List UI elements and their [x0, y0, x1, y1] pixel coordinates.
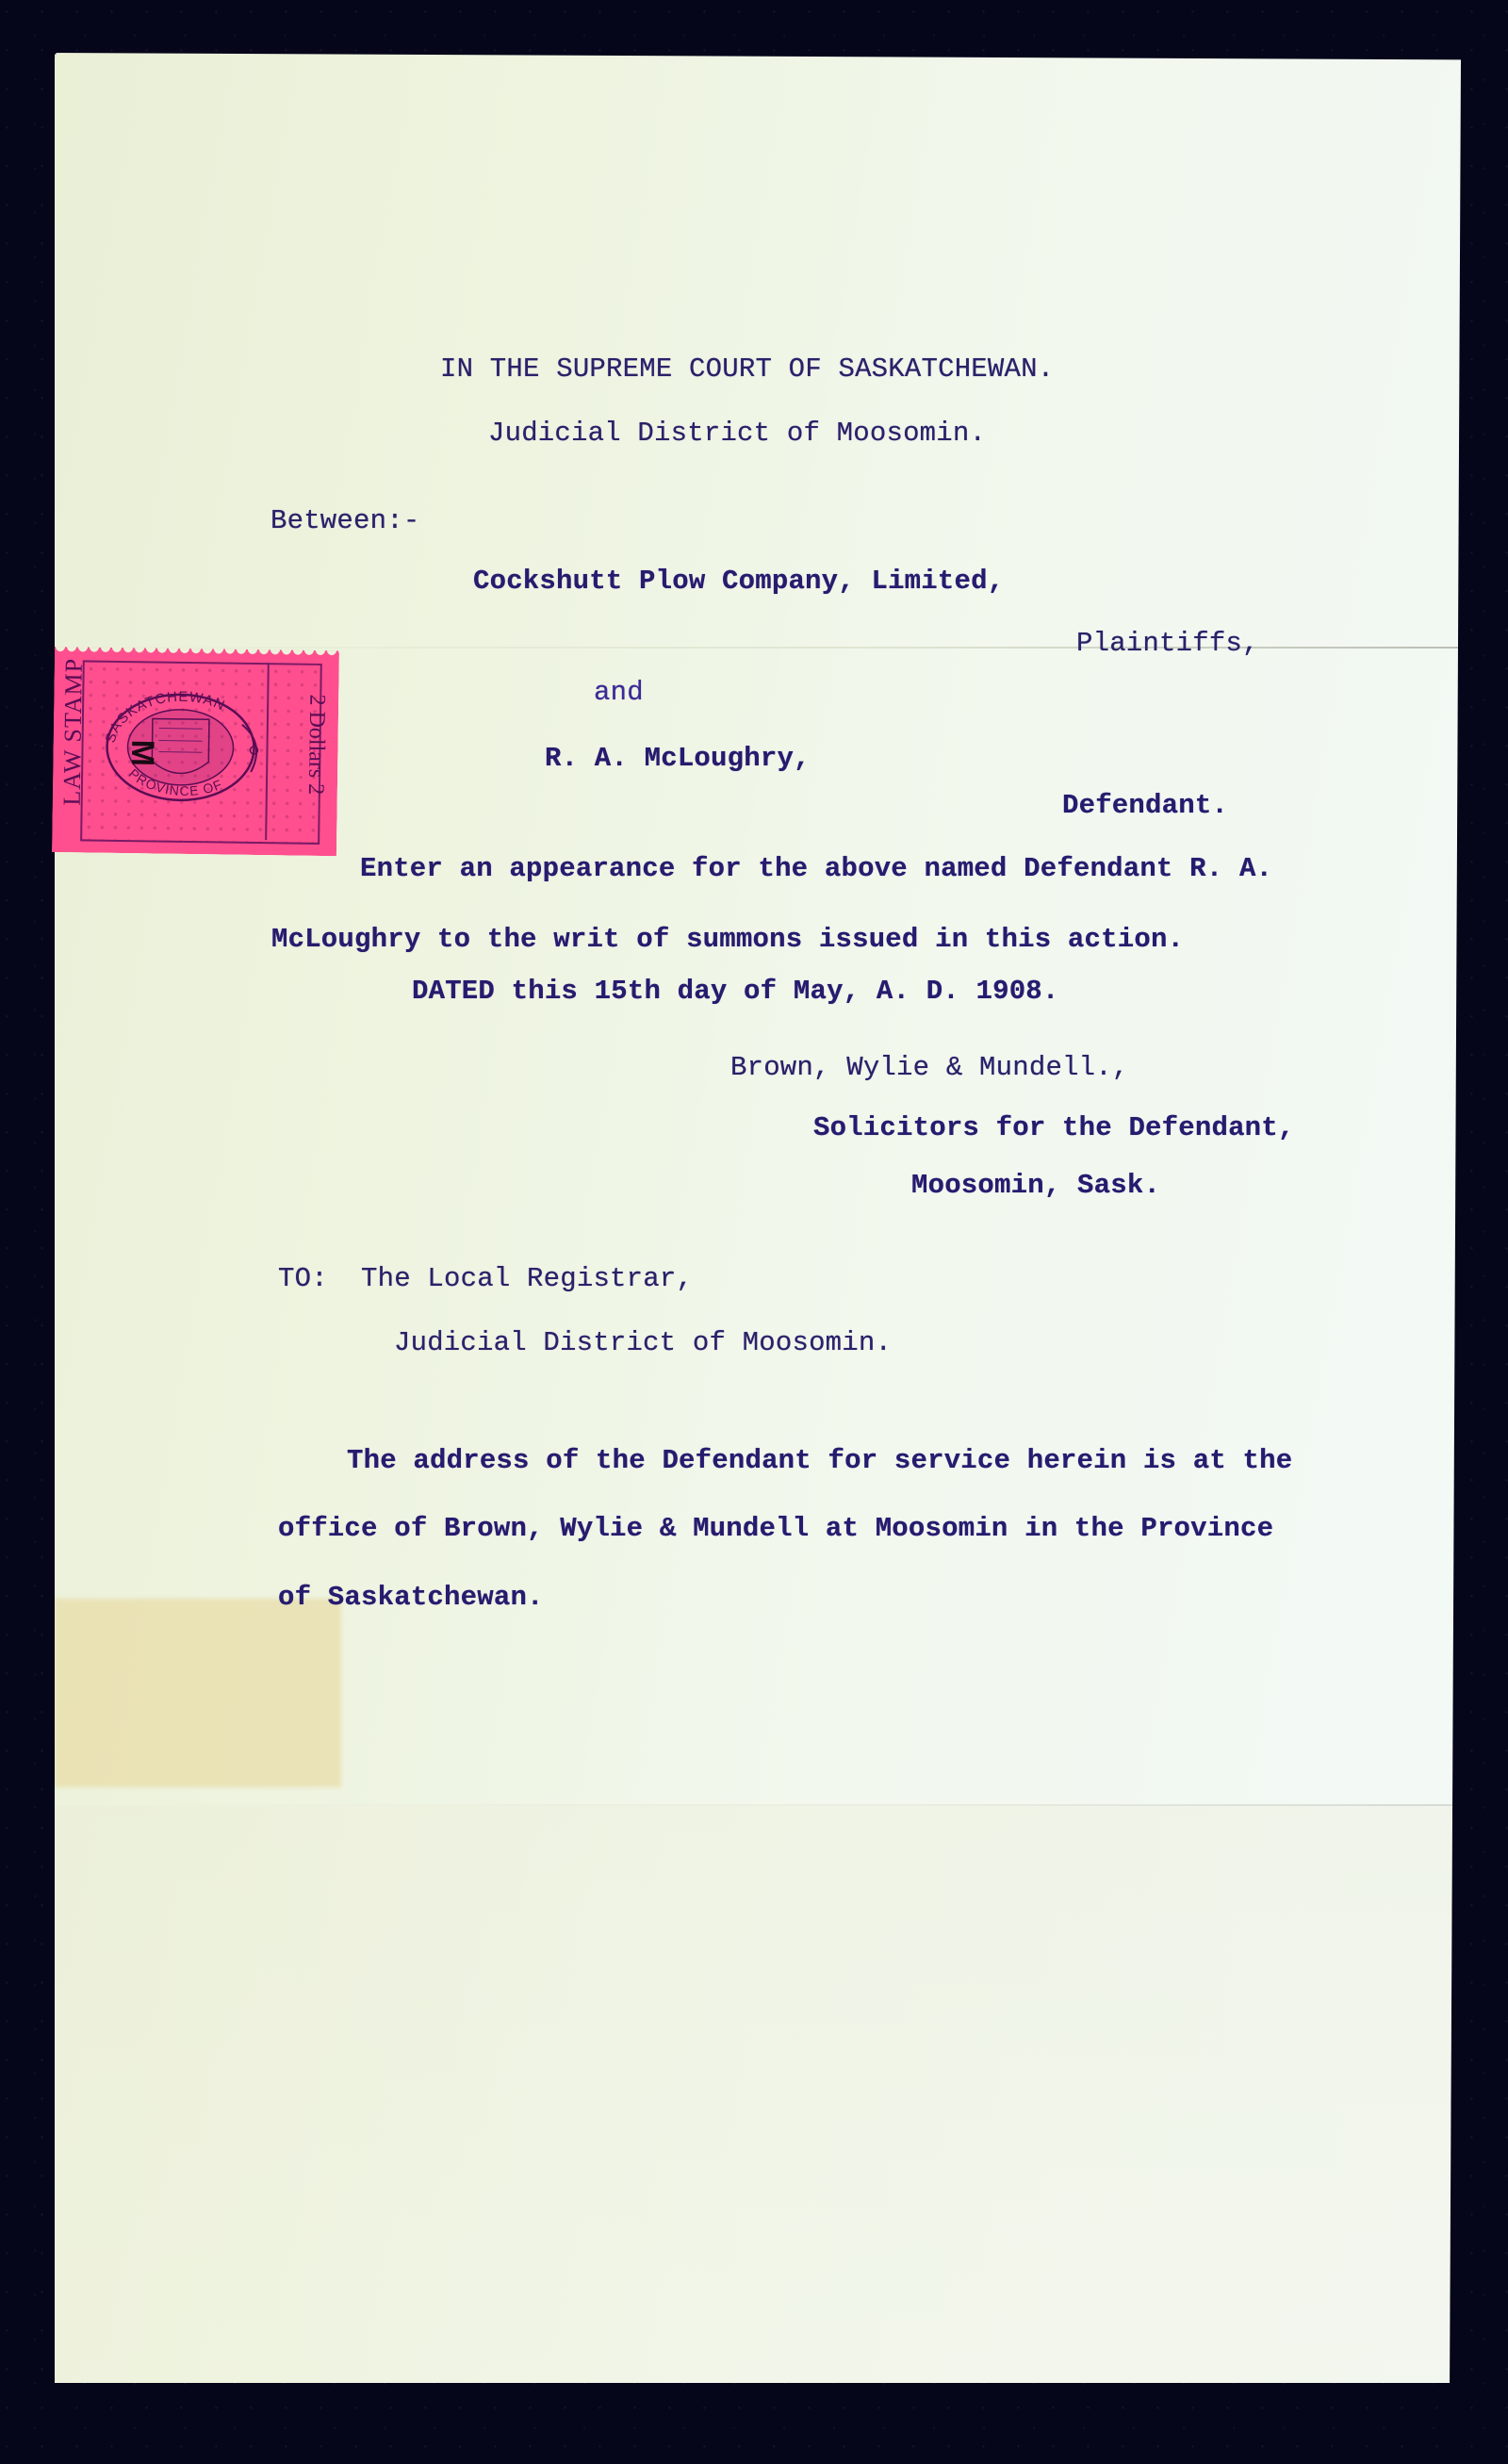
district-heading: Judicial District of Moosomin. [488, 418, 986, 450]
addressee-recipient: The Local Registrar, [361, 1263, 693, 1295]
law-stamp: LAW STAMP 2 Dollars 2 SASKATCHEWAN PROVI… [52, 647, 339, 856]
defendant-role: Defendant. [1062, 790, 1228, 822]
service-address-line-3: of Saskatchewan. [278, 1582, 544, 1614]
solicitor-location: Moosomin, Sask. [911, 1170, 1160, 1202]
appearance-text-line-1: Enter an appearance for the above named … [360, 853, 1272, 885]
solicitor-title: Solicitors for the Defendant, [813, 1112, 1294, 1144]
appearance-text-line-2: McLoughry to the writ of summons issued … [271, 924, 1184, 956]
document-page [55, 53, 1461, 2383]
service-address-line-2: office of Brown, Wylie & Mundell at Moos… [278, 1513, 1273, 1545]
plaintiff-name: Cockshutt Plow Company, Limited, [473, 566, 1004, 598]
dated-line: DATED this 15th day of May, A. D. 1908. [412, 976, 1059, 1008]
paper-lower-panel [55, 1806, 1461, 2383]
discoloration-patch [55, 1599, 341, 1787]
service-address-line-1: The address of the Defendant for service… [347, 1445, 1292, 1477]
to-label: TO: [278, 1263, 328, 1295]
stamp-type-label: LAW STAMP [57, 647, 89, 816]
plaintiff-role: Plaintiffs, [1076, 628, 1259, 660]
stamp-overprint: M [123, 739, 160, 766]
stamp-value-label: 2 Dollars 2 [299, 660, 330, 830]
court-title: IN THE SUPREME COURT OF SASKATCHEWAN. [440, 353, 1054, 386]
between-label: Between:- [270, 505, 419, 537]
and-label: and [594, 677, 644, 709]
fold-line [55, 1804, 1461, 1806]
solicitor-firm: Brown, Wylie & Mundell., [730, 1052, 1128, 1084]
defendant-name: R. A. McLoughry, [545, 743, 811, 775]
addressee-district: Judicial District of Moosomin. [394, 1327, 892, 1359]
